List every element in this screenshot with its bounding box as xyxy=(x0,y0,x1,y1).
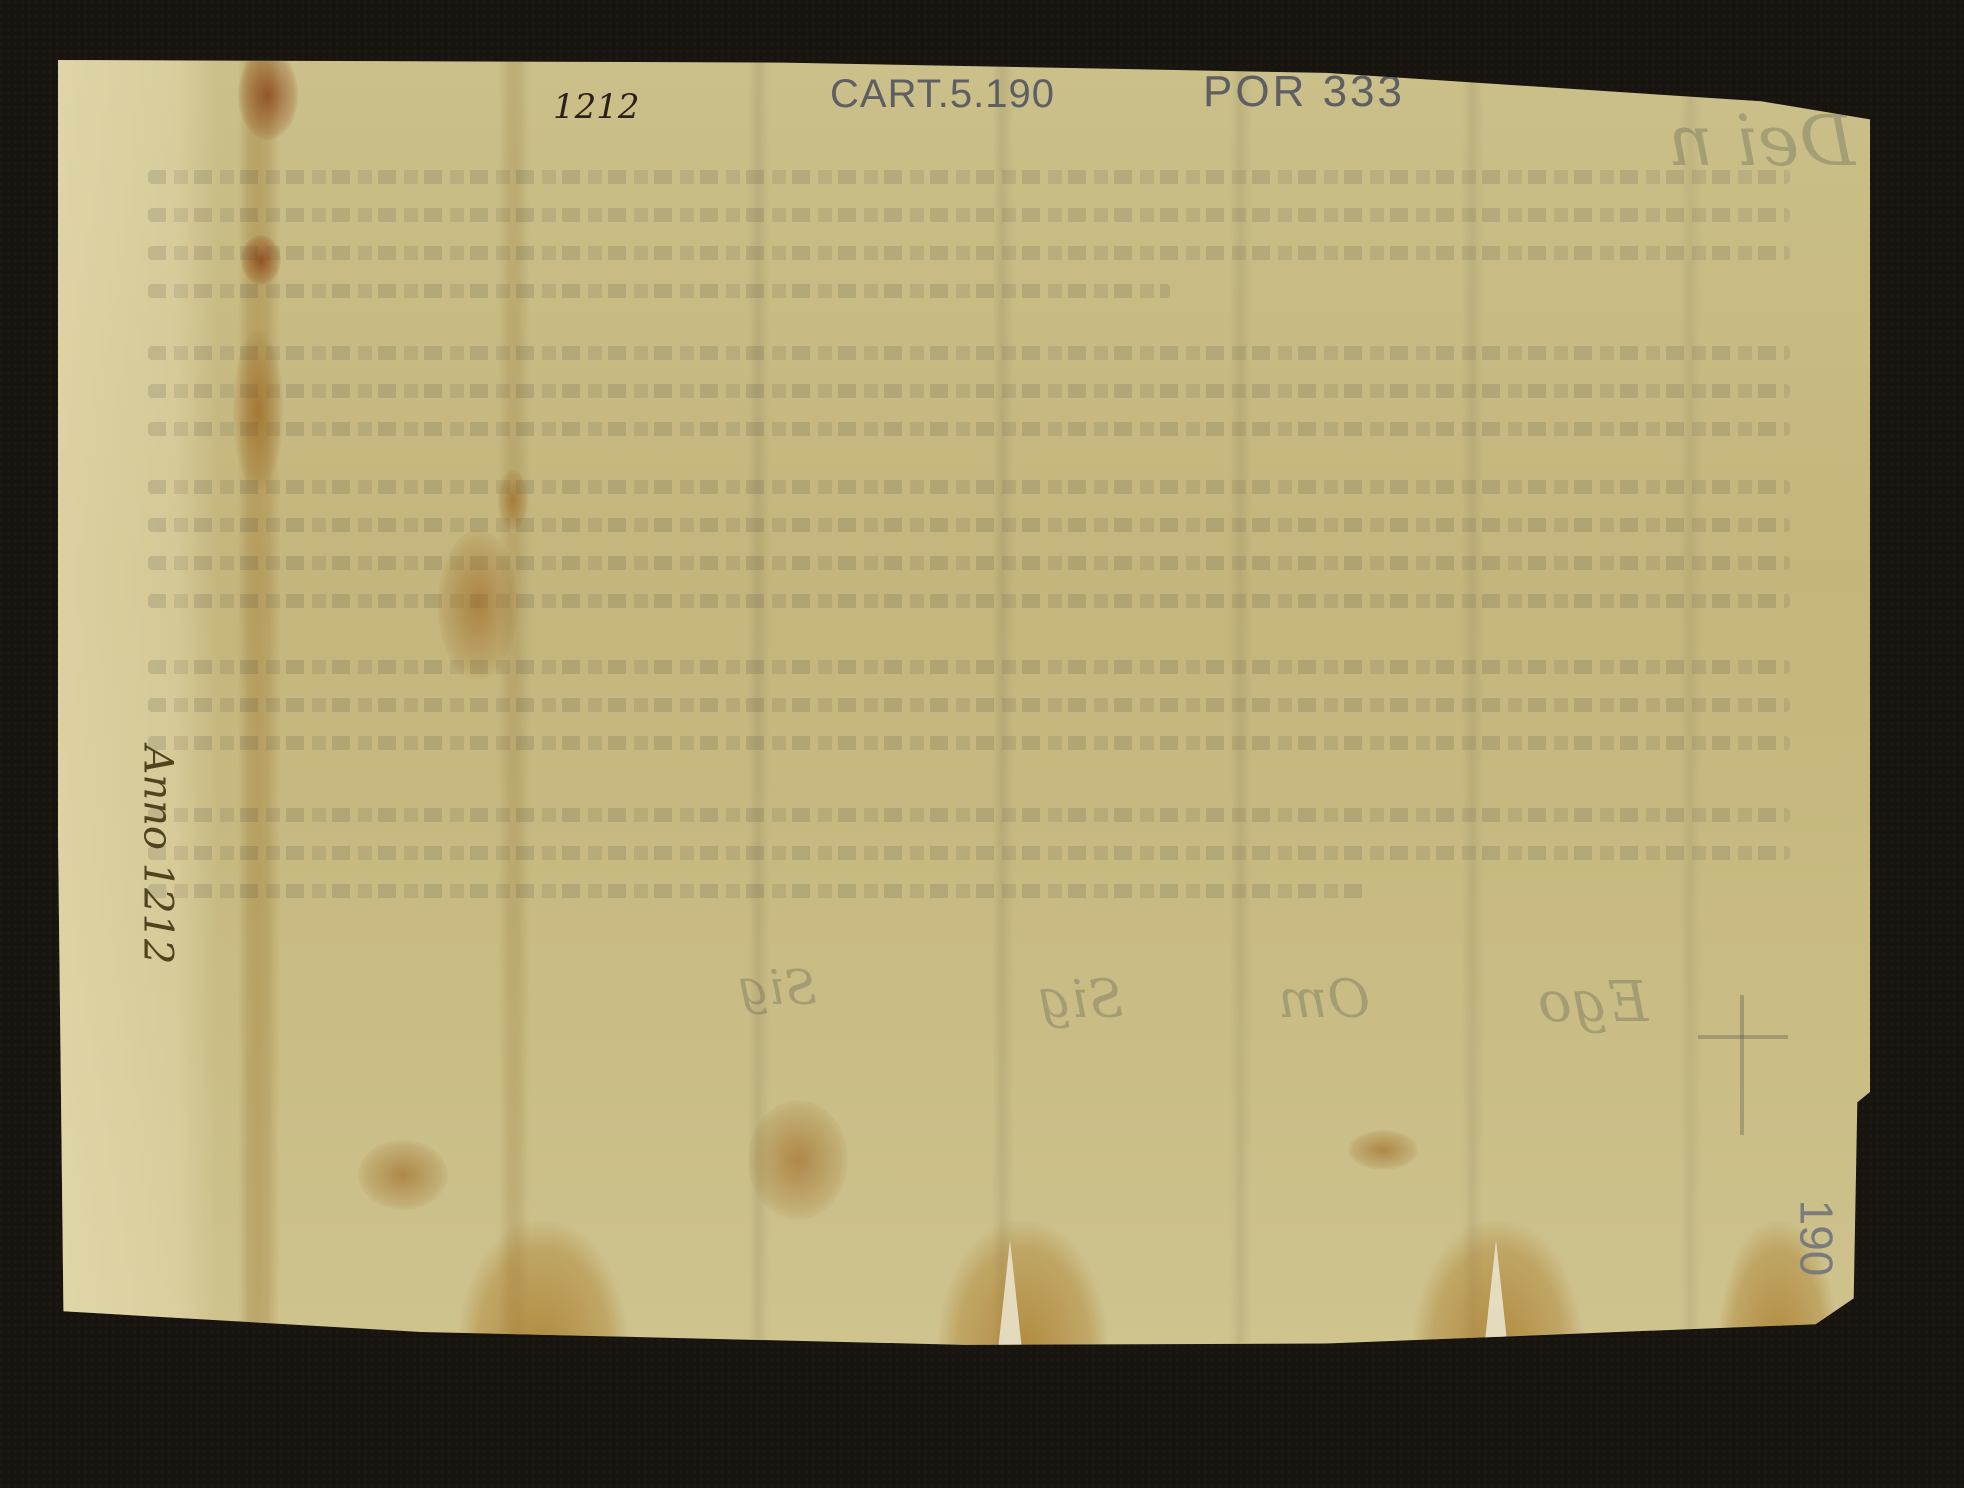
fold-stain xyxy=(458,1220,628,1350)
bleed-text-line xyxy=(148,208,1790,222)
shelfmark-annotation: CART.5.190 xyxy=(830,74,1055,114)
water-stain xyxy=(438,530,518,680)
bleed-text-line xyxy=(148,884,1370,898)
fold-tear xyxy=(1484,1240,1508,1350)
rust-stain xyxy=(238,50,298,140)
bleed-text-line xyxy=(148,556,1790,570)
bleed-text-line xyxy=(148,384,1790,398)
bleed-text-line xyxy=(148,422,1790,436)
bleed-text-line xyxy=(148,660,1790,674)
bleed-signature-ego: Ego xyxy=(1538,970,1648,1035)
water-stain xyxy=(1348,1130,1418,1170)
bleed-text-line xyxy=(148,594,1790,608)
bleed-text-line xyxy=(148,284,1170,298)
bleed-text-line xyxy=(148,346,1790,360)
bleed-text-line xyxy=(148,246,1790,260)
bleed-text-line xyxy=(148,808,1790,822)
water-stain xyxy=(748,1100,848,1220)
bleed-signature-om: Om xyxy=(1278,970,1370,1030)
water-stain xyxy=(358,1140,448,1210)
water-stain xyxy=(233,330,283,490)
catalog-reference: POR 333 xyxy=(1203,70,1405,114)
bleed-text-line xyxy=(148,698,1790,712)
bleed-text-line xyxy=(148,846,1790,860)
bleed-text-line xyxy=(148,736,1790,750)
margin-year-note: Anno 1212 xyxy=(138,745,178,964)
bleed-cross-vertical xyxy=(1740,995,1744,1135)
margin-folio-number: 190 xyxy=(1793,1200,1839,1277)
fold-stain xyxy=(938,1220,1108,1350)
parchment-sheet: In Dei n Ego Om Sig Sig 1212 CART.5.190 … xyxy=(58,60,1870,1350)
bleed-signature-sig-2: Sig xyxy=(738,960,817,1016)
bleed-text-line xyxy=(148,518,1790,532)
bleed-signature-sig: Sig xyxy=(1038,970,1124,1030)
rust-stain xyxy=(241,235,281,285)
bleed-text-line xyxy=(148,170,1790,184)
bleed-text-line xyxy=(148,480,1790,494)
fold-tear xyxy=(998,1240,1022,1350)
bleed-cross-horizontal xyxy=(1698,1035,1788,1039)
water-stain xyxy=(498,470,528,530)
date-annotation: 1212 xyxy=(553,90,640,124)
